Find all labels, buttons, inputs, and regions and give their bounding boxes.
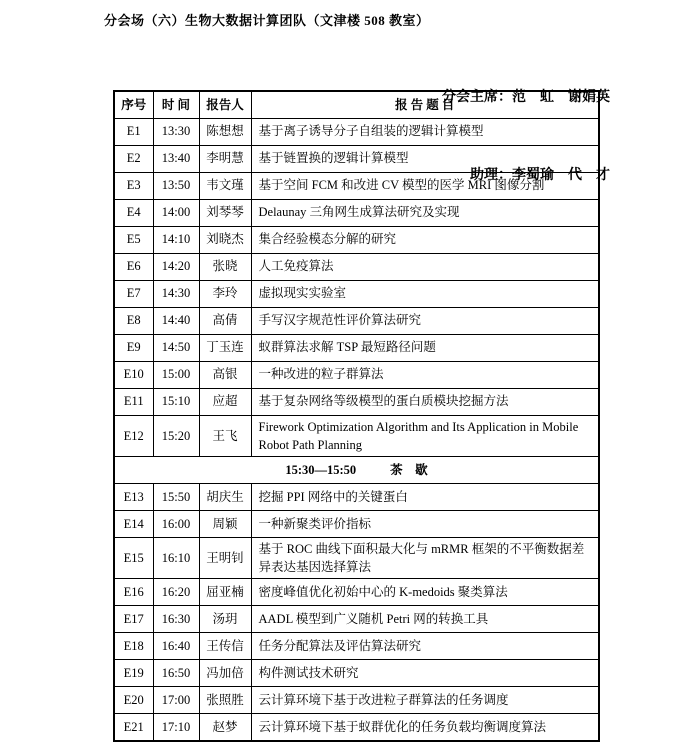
time-cell: 14:30 — [153, 280, 199, 307]
talk-title-cell: 云计算环境下基于蚁群优化的任务负载均衡调度算法 — [251, 714, 599, 741]
speaker-cell: 应超 — [199, 388, 251, 415]
time-cell: 15:50 — [153, 483, 199, 510]
session-id-cell: E5 — [114, 226, 153, 253]
talk-title-cell: 基于链置换的逻辑计算模型 — [251, 145, 599, 172]
talk-title-cell: 人工免疫算法 — [251, 253, 599, 280]
document-page: 分会场（六）生物大数据计算团队（文津楼 508 教室） 分会主席：范 虹 谢娟英… — [0, 0, 680, 748]
speaker-cell: 高银 — [199, 361, 251, 388]
session-id-cell: E3 — [114, 172, 153, 199]
time-cell: 16:30 — [153, 606, 199, 633]
session-id-cell: E1 — [114, 118, 153, 145]
time-cell: 15:00 — [153, 361, 199, 388]
time-cell: 16:40 — [153, 633, 199, 660]
schedule-row: E1315:50胡庆生挖掘 PPI 网络中的关键蛋白 — [114, 483, 599, 510]
time-cell: 13:30 — [153, 118, 199, 145]
talk-title-cell: 手写汉字规范性评价算法研究 — [251, 307, 599, 334]
schedule-row: E414:00刘琴琴Delaunay 三角网生成算法研究及实现 — [114, 199, 599, 226]
speaker-cell: 张照胜 — [199, 687, 251, 714]
time-cell: 14:10 — [153, 226, 199, 253]
schedule-row: E714:30李玲虚拟现实实验室 — [114, 280, 599, 307]
schedule-row: E1115:10应超基于复杂网络等级模型的蛋白质模块挖掘方法 — [114, 388, 599, 415]
time-cell: 13:50 — [153, 172, 199, 199]
session-id-cell: E20 — [114, 687, 153, 714]
session-id-cell: E7 — [114, 280, 153, 307]
tea-break-row: 15:30—15:50茶 歇 — [114, 456, 599, 483]
speaker-cell: 韦文瑾 — [199, 172, 251, 199]
session-id-cell: E9 — [114, 334, 153, 361]
time-cell: 14:50 — [153, 334, 199, 361]
session-id-cell: E13 — [114, 483, 153, 510]
talk-title-cell: 集合经验模态分解的研究 — [251, 226, 599, 253]
talk-title-cell: 云计算环境下基于改进粒子群算法的任务调度 — [251, 687, 599, 714]
session-id-cell: E12 — [114, 415, 153, 456]
schedule-row: E1416:00周颖一种新聚类评价指标 — [114, 510, 599, 537]
speaker-cell: 屈亚楠 — [199, 579, 251, 606]
speaker-cell: 李玲 — [199, 280, 251, 307]
header-cell-time: 时 间 — [153, 91, 199, 118]
speaker-cell: 王传信 — [199, 633, 251, 660]
talk-title-cell: 构件测试技术研究 — [251, 660, 599, 687]
talk-title-cell: 任务分配算法及评估算法研究 — [251, 633, 599, 660]
talk-title-cell: 一种改进的粒子群算法 — [251, 361, 599, 388]
talk-title-cell: 虚拟现实实验室 — [251, 280, 599, 307]
schedule-row: E514:10刘晓杰集合经验模态分解的研究 — [114, 226, 599, 253]
speaker-cell: 刘琴琴 — [199, 199, 251, 226]
time-cell: 16:50 — [153, 660, 199, 687]
speaker-cell: 王飞 — [199, 415, 251, 456]
talk-title-cell: AADL 模型到广义随机 Petri 网的转换工具 — [251, 606, 599, 633]
speaker-cell: 周颖 — [199, 510, 251, 537]
schedule-row: E213:40李明慧基于链置换的逻辑计算模型 — [114, 145, 599, 172]
talk-title-cell: 蚁群算法求解 TSP 最短路径问题 — [251, 334, 599, 361]
talk-title-cell: 基于复杂网络等级模型的蛋白质模块挖掘方法 — [251, 388, 599, 415]
schedule-row: E1916:50冯加倍构件测试技术研究 — [114, 660, 599, 687]
session-id-cell: E15 — [114, 537, 153, 578]
schedule-row: E2117:10赵梦云计算环境下基于蚁群优化的任务负载均衡调度算法 — [114, 714, 599, 741]
talk-title-cell: Firework Optimization Algorithm and Its … — [251, 415, 599, 456]
schedule-row: E1716:30汤玥AADL 模型到广义随机 Petri 网的转换工具 — [114, 606, 599, 633]
header-cell-id: 序号 — [114, 91, 153, 118]
session-id-cell: E2 — [114, 145, 153, 172]
session-id-cell: E19 — [114, 660, 153, 687]
time-cell: 17:10 — [153, 714, 199, 741]
schedule-table: 序号 时 间 报告人 报 告 题 目 E113:30陈想想基于离子诱导分子自组装… — [113, 90, 600, 742]
session-id-cell: E21 — [114, 714, 153, 741]
speaker-cell: 陈想想 — [199, 118, 251, 145]
time-cell: 13:40 — [153, 145, 199, 172]
tea-break-cell: 15:30—15:50茶 歇 — [114, 456, 599, 483]
schedule-row: E113:30陈想想基于离子诱导分子自组装的逻辑计算模型 — [114, 118, 599, 145]
speaker-cell: 冯加倍 — [199, 660, 251, 687]
talk-title-cell: 挖掘 PPI 网络中的关键蛋白 — [251, 483, 599, 510]
schedule-row: E1215:20王飞Firework Optimization Algorith… — [114, 415, 599, 456]
schedule-row: E614:20张晓人工免疫算法 — [114, 253, 599, 280]
schedule-row: E914:50丁玉连蚁群算法求解 TSP 最短路径问题 — [114, 334, 599, 361]
speaker-cell: 胡庆生 — [199, 483, 251, 510]
session-id-cell: E14 — [114, 510, 153, 537]
talk-title-cell: 基于 ROC 曲线下面积最大化与 mRMR 框架的不平衡数据差异表达基因选择算法 — [251, 537, 599, 578]
schedule-row: E2017:00张照胜云计算环境下基于改进粒子群算法的任务调度 — [114, 687, 599, 714]
header-cell-title: 报 告 题 目 — [251, 91, 599, 118]
time-cell: 14:40 — [153, 307, 199, 334]
speaker-cell: 汤玥 — [199, 606, 251, 633]
page-title: 分会场（六）生物大数据计算团队（文津楼 508 教室） — [104, 10, 430, 29]
speaker-cell: 王明钊 — [199, 537, 251, 578]
session-id-cell: E6 — [114, 253, 153, 280]
speaker-cell: 高倩 — [199, 307, 251, 334]
time-cell: 16:00 — [153, 510, 199, 537]
talk-title-cell: 基于离子诱导分子自组装的逻辑计算模型 — [251, 118, 599, 145]
session-id-cell: E4 — [114, 199, 153, 226]
time-cell: 15:20 — [153, 415, 199, 456]
header-cell-speaker: 报告人 — [199, 91, 251, 118]
tea-break-time: 15:30—15:50 — [285, 463, 356, 477]
schedule-row: E814:40高倩手写汉字规范性评价算法研究 — [114, 307, 599, 334]
session-id-cell: E18 — [114, 633, 153, 660]
speaker-cell: 赵梦 — [199, 714, 251, 741]
speaker-cell: 李明慧 — [199, 145, 251, 172]
schedule-row: E1816:40王传信任务分配算法及评估算法研究 — [114, 633, 599, 660]
time-cell: 17:00 — [153, 687, 199, 714]
speaker-cell: 丁玉连 — [199, 334, 251, 361]
session-id-cell: E10 — [114, 361, 153, 388]
session-id-cell: E11 — [114, 388, 153, 415]
talk-title-cell: Delaunay 三角网生成算法研究及实现 — [251, 199, 599, 226]
session-id-cell: E17 — [114, 606, 153, 633]
time-cell: 15:10 — [153, 388, 199, 415]
talk-title-cell: 一种新聚类评价指标 — [251, 510, 599, 537]
speaker-cell: 刘晓杰 — [199, 226, 251, 253]
schedule-row: E1015:00高银一种改进的粒子群算法 — [114, 361, 599, 388]
tea-break-label: 茶 歇 — [390, 463, 428, 477]
table-header-row: 序号 时 间 报告人 报 告 题 目 — [114, 91, 599, 118]
schedule-row: E313:50韦文瑾基于空间 FCM 和改进 CV 模型的医学 MRI 图像分割 — [114, 172, 599, 199]
schedule-table-body: E113:30陈想想基于离子诱导分子自组装的逻辑计算模型E213:40李明慧基于… — [114, 118, 599, 741]
time-cell: 16:10 — [153, 537, 199, 578]
session-id-cell: E8 — [114, 307, 153, 334]
speaker-cell: 张晓 — [199, 253, 251, 280]
time-cell: 14:20 — [153, 253, 199, 280]
schedule-row: E1516:10王明钊基于 ROC 曲线下面积最大化与 mRMR 框架的不平衡数… — [114, 537, 599, 578]
time-cell: 14:00 — [153, 199, 199, 226]
schedule-row: E1616:20屈亚楠密度峰值优化初始中心的 K-medoids 聚类算法 — [114, 579, 599, 606]
time-cell: 16:20 — [153, 579, 199, 606]
session-id-cell: E16 — [114, 579, 153, 606]
talk-title-cell: 基于空间 FCM 和改进 CV 模型的医学 MRI 图像分割 — [251, 172, 599, 199]
talk-title-cell: 密度峰值优化初始中心的 K-medoids 聚类算法 — [251, 579, 599, 606]
